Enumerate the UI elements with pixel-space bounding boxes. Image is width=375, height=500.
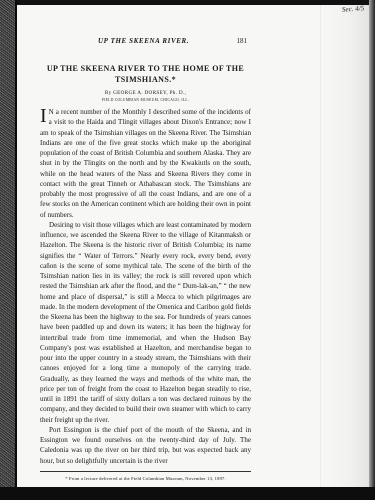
scan-bottom-edge (0, 487, 375, 500)
drop-cap: I (40, 108, 47, 125)
running-head: UP THE SKEENA RIVER. 181 (40, 37, 251, 47)
article-byline: By GEORGE A. DORSEY, Ph. D., (40, 90, 251, 96)
scan-left-binding-edge (0, 0, 17, 500)
footnote-rule (40, 471, 251, 472)
page-fold-shadow (320, 5, 369, 487)
paragraph-2: Desiring to visit those villages which a… (40, 220, 251, 425)
paragraph-1-text: N a recent number of the Monthly I descr… (40, 108, 251, 219)
running-head-title: UP THE SKEENA RIVER. (98, 37, 189, 45)
footnote: * From a lecture delivered at the Field … (40, 476, 251, 481)
handwritten-note: Sec. 4/5 (342, 4, 365, 14)
article-title: UP THE SKEENA RIVER TO THE HOME OF THE T… (40, 63, 251, 85)
text-column: UP THE SKEENA RIVER. 181 UP THE SKEENA R… (40, 37, 251, 481)
author-affiliation: FIELD COLUMBIAN MUSEUM, CHICAGO, ILL. (40, 98, 251, 102)
scan-right-edge (369, 0, 375, 500)
paragraph-3: Port Essington is the chief port of the … (40, 425, 251, 466)
page-number: 181 (237, 37, 248, 45)
article-body: IN a recent number of the Monthly I desc… (40, 107, 251, 466)
paragraph-1: IN a recent number of the Monthly I desc… (40, 107, 251, 220)
